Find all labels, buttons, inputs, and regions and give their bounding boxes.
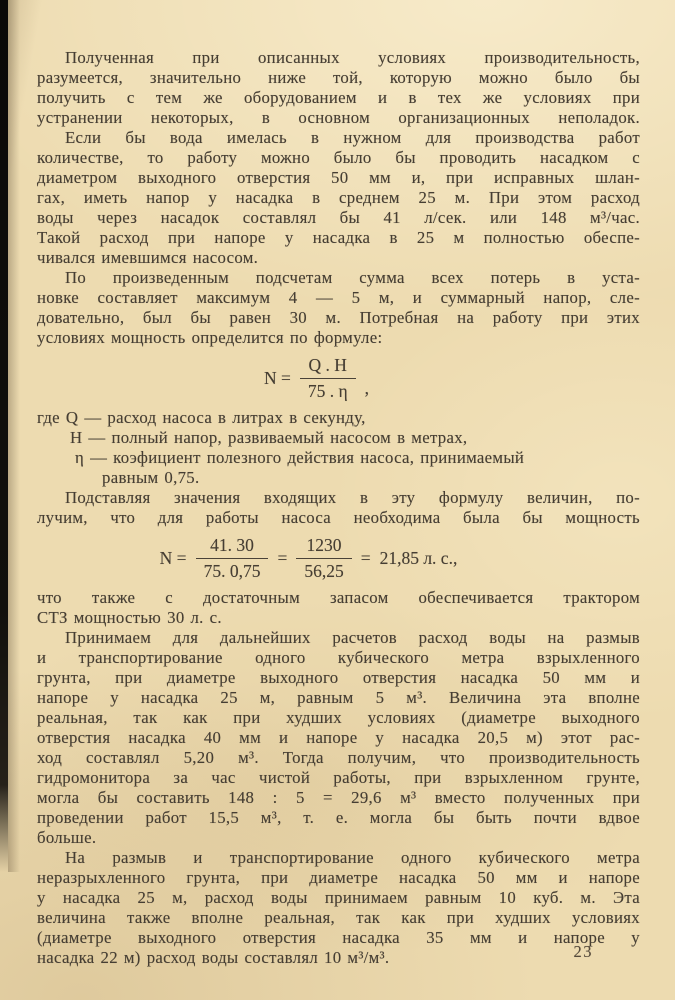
- text-line: гидромонитора за час чистой работы, при …: [37, 768, 640, 788]
- text-line: По произведенным подсчетам сумма всех по…: [37, 268, 640, 288]
- text-line: проведении работ 15,5 м³, т. е. могла бы…: [37, 808, 640, 828]
- text-line: неразрыхленного грунта, при диаметре нас…: [37, 868, 640, 888]
- text-line: (диаметре выходного отверстия насадка 35…: [37, 928, 640, 948]
- definition-line: где Q — расход насоса в литрах в секунду…: [37, 408, 640, 428]
- book-spine-edge: [0, 0, 8, 872]
- text-line: получить с тем же оборудованием и в тех …: [37, 88, 640, 108]
- text-line: устранении некоторых, в основном организ…: [37, 108, 640, 128]
- definition-line: равным 0,75.: [37, 468, 640, 488]
- text-line: довательно, был бы равен 30 м. Потребная…: [37, 308, 640, 328]
- paragraphs-top: Полученная при описанных условиях произв…: [37, 48, 640, 348]
- text-line: Полученная при описанных условиях произв…: [37, 48, 640, 68]
- text-line: разумеется, значительно ниже той, котору…: [37, 68, 640, 88]
- text-line: больше.: [37, 828, 640, 848]
- text-line: могла бы составить 148 : 5 = 29,6 м³ вме…: [37, 788, 640, 808]
- text-line: Если бы вода имелась в нужном для произв…: [37, 128, 640, 148]
- text-line: что также с достаточным запасом обеспечи…: [37, 588, 640, 608]
- fraction-denominator: 75. 0,75: [196, 559, 269, 582]
- text-line: напоре у насадка 25 м, равным 5 м³. Вели…: [37, 688, 640, 708]
- text-line: Принимаем для дальнейших расчетов расход…: [37, 628, 640, 648]
- text-line: На размыв и транспортирование одного куб…: [37, 848, 640, 868]
- page-text: Полученная при описанных условиях произв…: [37, 48, 640, 968]
- text-line: ход составлял 5,20 м³. Тогда получим, чт…: [37, 748, 640, 768]
- equals-sign: =: [277, 548, 287, 569]
- text-line: у насадка 25 м, расход воды принимаем ра…: [37, 888, 640, 908]
- text-line: новке составляет максимум 4 — 5 м, и сум…: [37, 288, 640, 308]
- variable-definitions: где Q — расход насоса в литрах в секунду…: [37, 408, 640, 488]
- formula-lhs: N =: [264, 368, 291, 389]
- text-line: количестве, то работу можно было бы пров…: [37, 148, 640, 168]
- page-number: 23: [574, 942, 594, 962]
- fraction-numerator: 41. 30: [196, 535, 269, 559]
- text-line: СТЗ мощностью 30 л. с.: [37, 608, 640, 628]
- fraction: 41. 30 75. 0,75: [196, 535, 269, 582]
- fraction-denominator: 75 . η: [300, 379, 356, 402]
- text-line: лучим, что для работы насоса необходима …: [37, 508, 640, 528]
- definition-line: Н — полный напор, развиваемый насосом в …: [37, 428, 640, 448]
- definition-line: η — коэфициент полезного действия насоса…: [37, 448, 640, 468]
- text-line: грунта, при диаметре выходного отверстия…: [37, 668, 640, 688]
- fraction-denominator: 56,25: [296, 559, 351, 582]
- text-line: величина также вполне реальная, так как …: [37, 908, 640, 928]
- text-line: Подставляя значения входящих в эту форму…: [37, 488, 640, 508]
- text-line: и транспортирование одного кубического м…: [37, 648, 640, 668]
- text-line: гах, иметь напор у насадка в среднем 25 …: [37, 188, 640, 208]
- text-line: диаметром выходного отверстия 50 мм и, п…: [37, 168, 640, 188]
- paragraphs-bottom: что также с достаточным запасом обеспечи…: [37, 588, 640, 968]
- scanned-book-page: { "page": { "number": "23", "language": …: [0, 0, 675, 1000]
- text-line: воды через насадок составлял бы 41 л/сек…: [37, 208, 640, 228]
- formula-result: 21,85 л. с.,: [380, 548, 458, 569]
- text-line: насадка 22 м) расход воды составлял 10 м…: [37, 948, 640, 968]
- fraction-numerator: 1230: [296, 535, 351, 559]
- text-line: условиях мощность определится по формуле…: [37, 328, 640, 348]
- spine-shadow: [8, 0, 20, 872]
- text-line: реальная, так как при худших условиях (д…: [37, 708, 640, 728]
- paragraphs-mid: Подставляя значения входящих в эту форму…: [37, 488, 640, 528]
- text-line: чивался имевшимся насосом.: [37, 248, 640, 268]
- formula-lhs: N =: [160, 548, 187, 569]
- fraction: 1230 56,25: [296, 535, 351, 582]
- equals-sign: =: [361, 548, 371, 569]
- formula-tail-comma: ,: [365, 378, 369, 401]
- formula-power-calculation: N = 41. 30 75. 0,75 = 1230 56,25 = 21,85…: [7, 535, 610, 581]
- text-line: отверстия насадка 40 мм и напоре у насад…: [37, 728, 640, 748]
- fraction: Q . H 75 . η: [300, 355, 356, 402]
- fraction-numerator: Q . H: [300, 355, 356, 379]
- text-line: Такой расход при напоре у насадка в 25 м…: [37, 228, 640, 248]
- formula-pump-power: N = Q . H 75 . η ,: [15, 355, 618, 401]
